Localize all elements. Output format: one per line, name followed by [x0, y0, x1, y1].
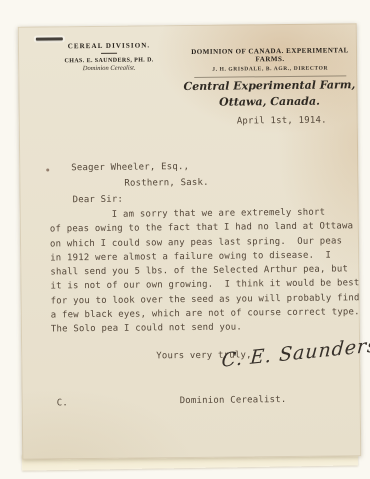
- letter-date: April 1st, 1914.: [217, 115, 347, 126]
- cerealist-title: Dominion Cerealist.: [46, 64, 172, 72]
- letter-body: I am sorry that we are extremely short o…: [50, 205, 353, 337]
- dominion-heading: DOMINION OF CANADA. EXPERIMENTAL FARMS.: [180, 46, 360, 64]
- staple-mark: [36, 37, 63, 40]
- letterhead-left: CEREAL DIVISION. CHAS. E. SAUNDERS, PH. …: [46, 41, 172, 72]
- letter-paper: CEREAL DIVISION. CHAS. E. SAUNDERS, PH. …: [18, 23, 362, 460]
- ink-speck: [46, 168, 49, 171]
- division-rule: [101, 53, 117, 54]
- salutation: Dear Sir:: [73, 195, 124, 206]
- handwritten-signature: C. E. Saunders: [221, 334, 370, 372]
- recipient-name: Seager Wheeler, Esq.,: [71, 162, 189, 173]
- division-heading: CEREAL DIVISION.: [46, 41, 172, 50]
- farm-name: Central Experimental Farm,: [183, 78, 355, 93]
- signer-title: Dominion Cerealist.: [180, 395, 287, 406]
- recipient-address: Rosthern, Sask.: [124, 178, 208, 189]
- scanned-letter-page: CEREAL DIVISION. CHAS. E. SAUNDERS, PH. …: [0, 0, 370, 479]
- farm-city: Ottawa, Canada.: [183, 94, 355, 109]
- letterhead-rule: [194, 75, 346, 78]
- file-initial: C.: [57, 398, 68, 408]
- director-line: J. H. GRISDALE, B. AGR., DIRECTOR: [180, 65, 360, 73]
- letterhead-right: DOMINION OF CANADA. EXPERIMENTAL FARMS. …: [180, 46, 360, 78]
- body-line: The Solo pea I could not send you.: [51, 320, 353, 337]
